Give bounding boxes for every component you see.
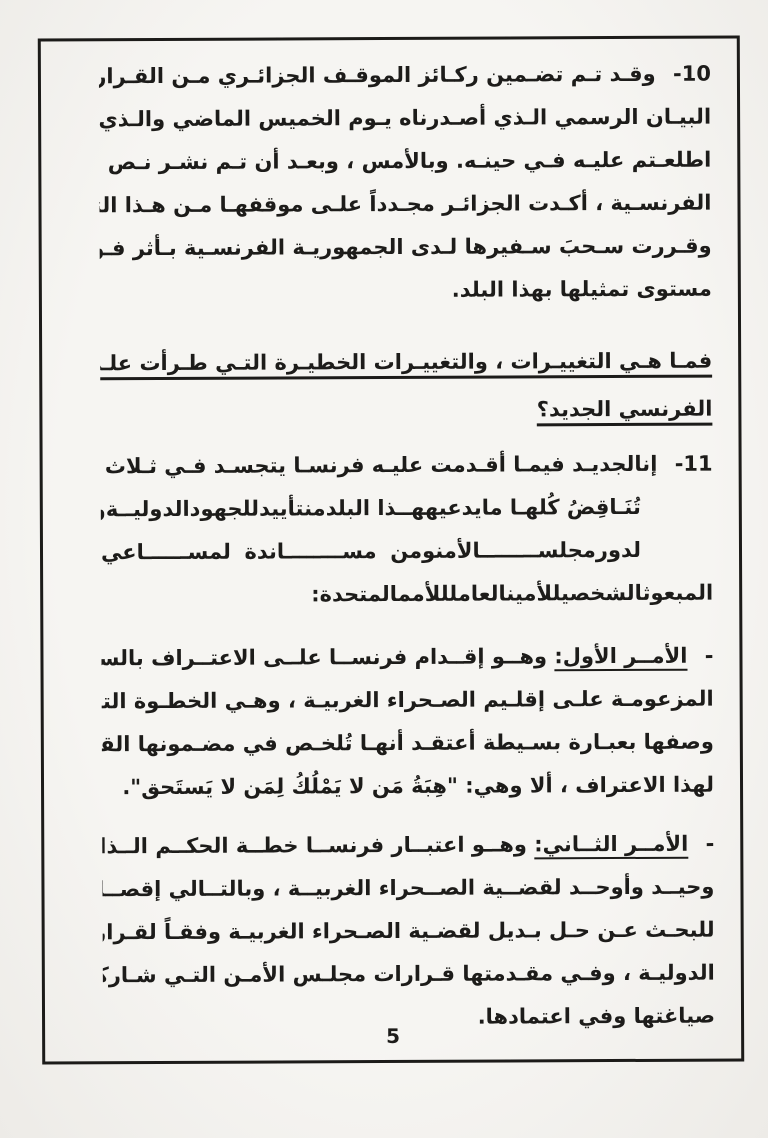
paragraph-11-lines: تُنَـاقِضُ كُلهـا مايدعيههــذا البلدمنتأ… [101,486,714,618]
text-line: البيـان الرسمي الـذي أصـدرناه يـوم الخمي… [99,96,711,142]
text-line: المزعومـة علـى إقلـيم الصـحراء الغربيـة … [102,678,714,724]
text-line: وصفها بعبـارة بسـيطة أعتقـد أنهـا تُلخـص… [102,721,714,767]
text-line: الفرنسـية ، أكـدت الجزائـر مجـدداً علـى … [99,182,711,228]
second-matter-item: - الأمــر الثــاني: وهــو اعتبــار فرنسـ… [102,823,715,1041]
text-line: وحيــد وأوحــد لقضــية الصــحراء الغربيـ… [102,866,714,912]
text-line: لدورمجلســــــــالأمنومن مســــــــاندة … [101,529,713,575]
text-line: تُنَـاقِضُ كُلهـا مايدعيههــذا البلدمنتأ… [101,486,713,532]
line-text: وهــو اعتبــار فرنســا خطــة الحكــم الـ… [102,832,527,859]
item-title-second-matter: الأمــر الثــاني: [534,832,688,857]
text-line: 11- إنالجديـد فيمـا أقـدمت عليـه فرنسـا … [101,443,713,489]
text-line: مستوى تمثيلها بهذا البلد. [100,268,712,314]
page-number: 5 [45,1022,741,1049]
text-line: 10- وقـد تـم تضـمين ركـائز الموقـف الجزا… [99,53,711,99]
first-matter-lines: المزعومـة علـى إقلـيم الصـحراء الغربيـة … [102,678,715,810]
first-matter-item: - الأمــر الأول: وهــو إقــدام فرنســا ع… [101,635,714,810]
text-line: اطلعـتم عليـه فـي حينـه. وبالأمس ، وبعـد… [99,139,711,185]
text-line: للبحـث عـن حـل بـديل لقضـية الصـحراء الغ… [103,909,715,955]
page-frame: 10- وقـد تـم تضـمين ركـائز الموقـف الجزا… [38,35,744,1064]
text-line: الدوليـة ، وفـي مقـدمتها قـرارات مجلـس ا… [103,952,715,998]
line-text: إنالجديـد فيمـا أقـدمت عليـه فرنسـا يتجس… [101,452,658,479]
paragraph-10: 10- وقـد تـم تضـمين ركـائز الموقـف الجزا… [99,53,712,314]
dash-bullet: - [705,635,714,678]
list-number-10: 10- [673,53,711,96]
dash-bullet: - [705,823,714,866]
page-content: 10- وقـد تـم تضـمين ركـائز الموقـف الجزا… [41,38,741,1040]
section-heading: فمـا هـي التغييـرات ، والتغييـرات الخطيـ… [100,337,712,436]
text-line: المبعوثالشخصيللأمينالعاملللأممالمتحدة: [101,572,713,618]
paragraph-11: 11- إنالجديـد فيمـا أقـدمت عليـه فرنسـا … [101,443,714,618]
text-line: لهذا الاعتراف ، ألا وهي: "هِبَةُ مَن لا … [102,764,714,810]
text-line: - الأمــر الأول: وهــو إقــدام فرنســا ع… [101,635,713,681]
text-line: الفرنسي الجديد؟ [100,385,712,436]
second-matter-lines: وحيــد وأوحــد لقضــية الصــحراء الغربيـ… [102,866,715,1041]
paragraph-10-lines: البيـان الرسمي الـذي أصـدرناه يـوم الخمي… [99,96,712,314]
list-number-11: 11- [675,443,713,486]
scanned-document-page: 10- وقـد تـم تضـمين ركـائز الموقـف الجزا… [0,0,768,1138]
item-title-first-matter: الأمــر الأول: [554,644,687,669]
text-line: وقـررت سـحبَ سـفيرها لـدى الجمهوريـة الف… [100,225,712,271]
line-text: وقـد تـم تضـمين ركـائز الموقـف الجزائـري… [99,62,656,89]
line-text: وهــو إقــدام فرنســا علــى الاعتــراف ب… [101,644,547,671]
text-line: - الأمــر الثــاني: وهــو اعتبــار فرنسـ… [102,823,714,869]
text-line: فمـا هـي التغييـرات ، والتغييـرات الخطيـ… [100,337,712,388]
